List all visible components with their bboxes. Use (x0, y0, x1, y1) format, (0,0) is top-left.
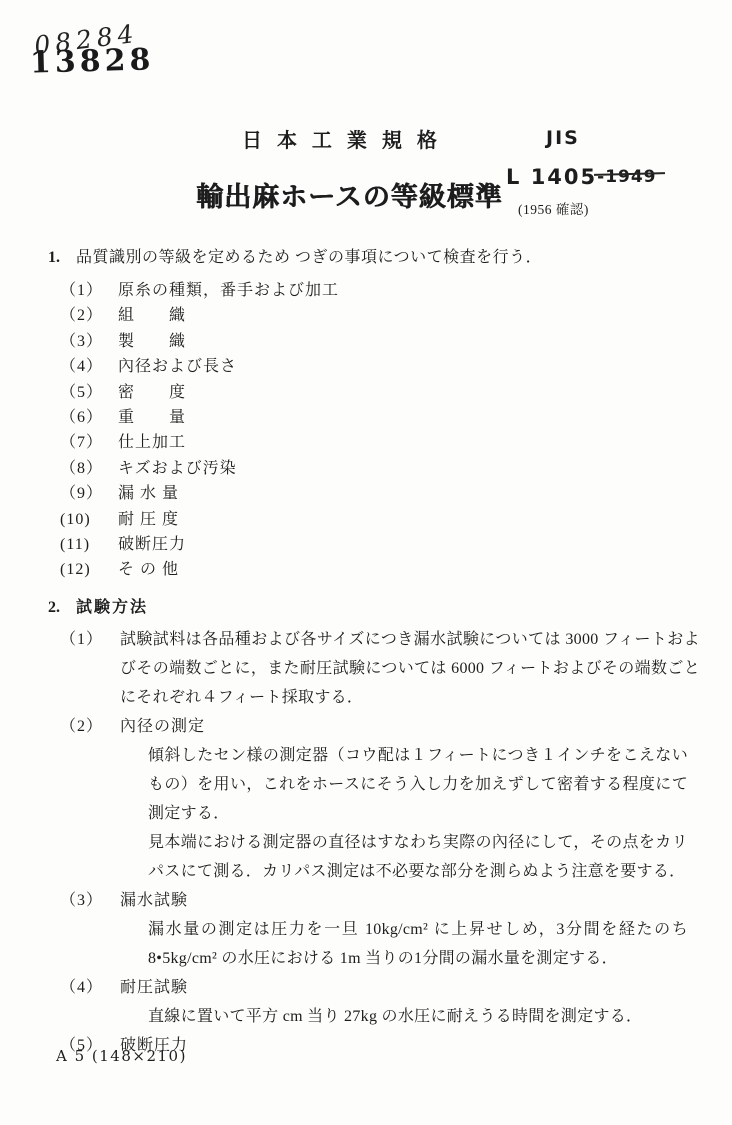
document-body: 1. 品質識別の等級を定めるため つぎの事項について検査を行う． （1） 原糸の… (48, 246, 700, 1060)
item-title: 耐圧試験 (120, 973, 188, 1002)
item-text: 耐 圧 度 (118, 507, 179, 532)
item-text: キズおよび汚染 (118, 456, 237, 481)
item-number: （2） (60, 303, 118, 328)
list-item: （2） 組 織 (48, 303, 700, 328)
test-method-item: （1） 試験試料は各品種および各サイズにつき漏水試験については 3000 フィー… (48, 625, 700, 712)
list-item: (12) そ の 他 (48, 557, 700, 582)
org-title: 日 本 工 業 規 格 (242, 124, 441, 153)
list-item: （7） 仕上加工 (48, 430, 700, 455)
document-page: 08284 13828 日 本 工 業 規 格 JIS 輸出麻ホースの等級標準 … (0, 0, 732, 1125)
test-method-list: （1） 試験試料は各品種および各サイズにつき漏水試験については 3000 フィー… (48, 625, 700, 1060)
list-item: （4） 內径および長さ (48, 354, 700, 379)
registry-marks: 08284 13828 (34, 24, 154, 79)
section2: 2. 試験方法 （1） 試験試料は各品種および各サイズにつき漏水試験については … (48, 596, 700, 1060)
test-method-item: （3） 漏水試験 漏水量の測定は圧力を一旦 10kg/cm² に上昇せしめ，3分… (48, 886, 700, 973)
item-number: （6） (60, 405, 118, 430)
list-item: (11) 破断圧力 (48, 532, 700, 557)
item-number: (11) (60, 532, 118, 557)
item-title: 內径の測定 (120, 712, 205, 741)
item-paragraph: 試験試料は各品種および各サイズにつき漏水試験については 3000 フィートおよび… (120, 625, 700, 712)
document-title: 輸出麻ホースの等級標準 (196, 175, 503, 214)
item-paragraph: 漏水量の測定は圧力を一旦 10kg/cm² に上昇せしめ，3分間を経たのち 8•… (148, 915, 688, 973)
section1-number: 1. (48, 246, 76, 270)
list-item: （9） 漏 水 量 (48, 481, 700, 506)
jis-label: JIS (546, 127, 580, 149)
section1-heading: 1. 品質識別の等級を定めるため つぎの事項について検査を行う． (48, 246, 700, 270)
test-method-item: （4） 耐圧試験 直線に置いて平方 cm 当り 27kg の水圧に耐えうる時間を… (48, 973, 700, 1031)
item-text: 製 織 (118, 329, 186, 354)
item-number: （1） (60, 625, 120, 712)
list-item: （3） 製 織 (48, 329, 700, 354)
list-item: （5） 密 度 (48, 380, 700, 405)
stamp-number: 13828 (30, 42, 155, 80)
item-paragraph: 直線に置いて平方 cm 当り 27kg の水圧に耐えうる時間を測定する． (148, 1002, 688, 1031)
item-text: そ の 他 (118, 557, 179, 582)
item-text: 密 度 (118, 380, 186, 405)
list-item: (10) 耐 圧 度 (48, 507, 700, 532)
item-text: 重 量 (118, 405, 186, 430)
test-method-item: （2） 內径の測定 傾斜したセン様の測定器（コウ配は１フィートにつき１インチをこ… (48, 712, 700, 886)
item-text: 原糸の種類，番手および加工 (118, 278, 339, 303)
item-text: 仕上加工 (118, 430, 186, 455)
item-number: （7） (60, 430, 118, 455)
item-number: （9） (60, 481, 118, 506)
inspection-item-list: （1） 原糸の種類，番手および加工 （2） 組 織 （3） 製 織 （4） 內径… (48, 278, 700, 583)
item-number: （8） (60, 456, 118, 481)
item-paragraph: 傾斜したセン様の測定器（コウ配は１フィートにつき１インチをこえないもの）を用い，… (148, 741, 688, 828)
item-paragraph: 見本端における測定器の直径はすなわち実際の內径にして，その点をカリパスにて測る．… (148, 828, 688, 886)
section1-heading-text: 品質識別の等級を定めるため つぎの事項について検査を行う． (76, 246, 542, 270)
item-number: （3） (60, 886, 120, 915)
item-number: （4） (60, 354, 118, 379)
item-text: 組 織 (118, 303, 186, 328)
item-text: 漏 水 量 (118, 481, 179, 506)
list-item: （6） 重 量 (48, 405, 700, 430)
standard-number: L 1405-1949 (506, 165, 657, 189)
item-row: （4） 耐圧試験 (48, 973, 700, 1002)
list-item: （8） キズおよび汚染 (48, 456, 700, 481)
item-number: （2） (60, 712, 120, 741)
item-row: （2） 內径の測定 (48, 712, 700, 741)
standard-year-struck: -1949 (597, 167, 656, 187)
section2-heading: 2. 試験方法 (48, 596, 700, 620)
item-number: （5） (60, 380, 118, 405)
list-item: （1） 原糸の種類，番手および加工 (48, 278, 700, 303)
item-text: 破断圧力 (118, 532, 186, 557)
section2-number: 2. (48, 596, 76, 620)
standard-code: L 1405 (506, 165, 597, 189)
item-text: 內径および長さ (118, 354, 237, 379)
item-row: （1） 試験試料は各品種および各サイズにつき漏水試験については 3000 フィー… (48, 625, 700, 712)
item-title: 漏水試験 (120, 886, 188, 915)
item-number: (10) (60, 507, 118, 532)
item-number: （1） (60, 278, 118, 303)
confirmation-note: (1956 確認) (518, 198, 589, 218)
item-number: （4） (60, 973, 120, 1002)
item-row: （3） 漏水試験 (48, 886, 700, 915)
section2-heading-text: 試験方法 (76, 596, 148, 620)
item-number: (12) (60, 557, 118, 582)
paper-size-note: A 5 (148×210) (56, 1047, 187, 1065)
item-number: （3） (60, 329, 118, 354)
